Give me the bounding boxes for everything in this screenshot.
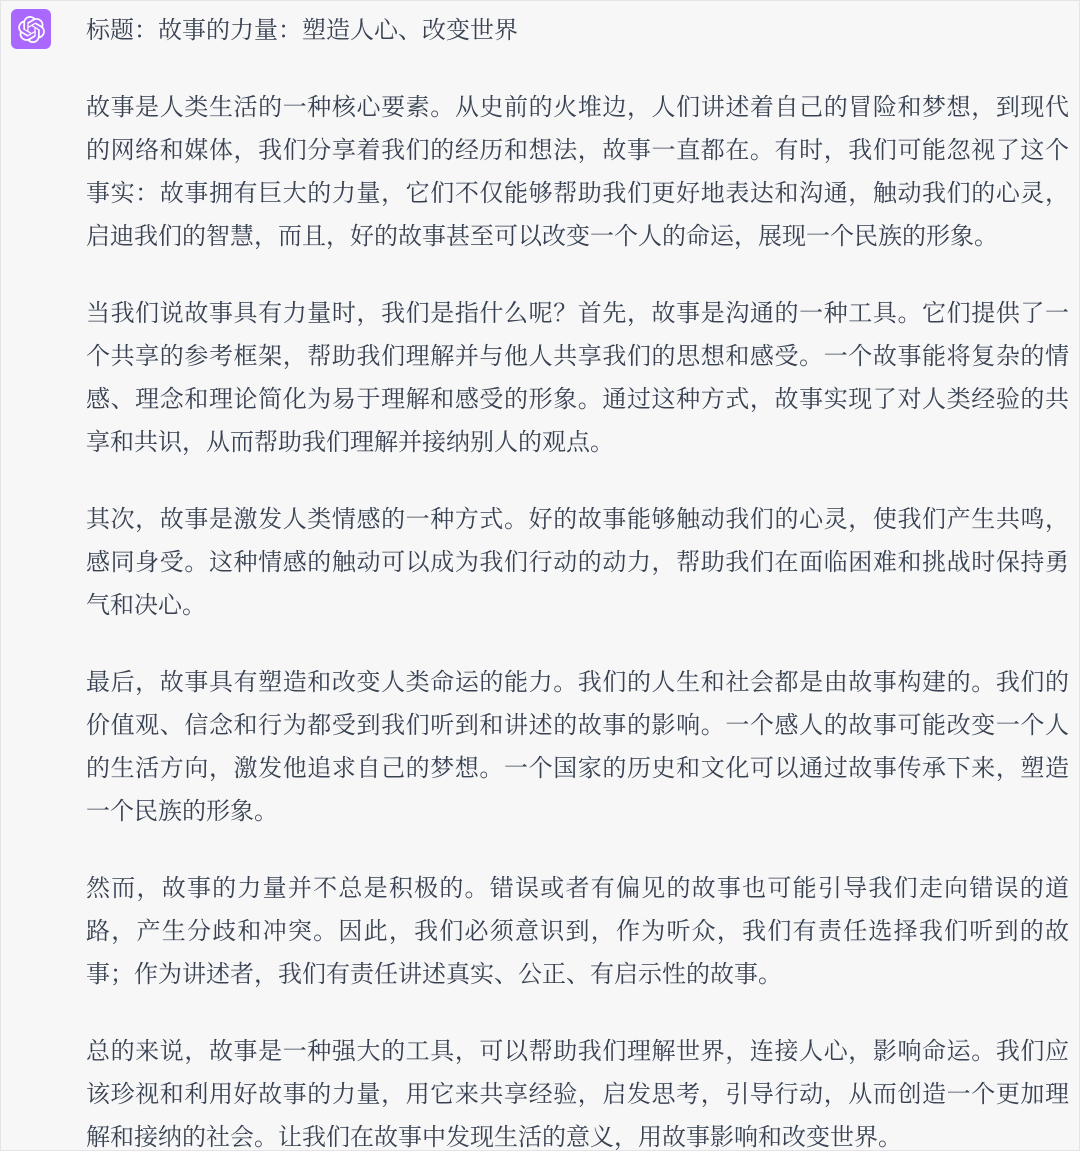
message-content: 标题：故事的力量：塑造人心、改变世界 故事是人类生活的一种核心要素。从史前的火堆… (86, 9, 1069, 1151)
message-paragraph: 故事是人类生活的一种核心要素。从史前的火堆边，人们讲述着自己的冒险和梦想，到现代… (86, 86, 1069, 258)
message-paragraph: 当我们说故事具有力量时，我们是指什么呢？首先，故事是沟通的一种工具。它们提供了一… (86, 292, 1069, 464)
message-paragraph: 然而，故事的力量并不总是积极的。错误或者有偏见的故事也可能引导我们走向错误的道路… (86, 867, 1069, 996)
message-paragraph: 其次，故事是激发人类情感的一种方式。好的故事能够触动我们的心灵，使我们产生共鸣，… (86, 498, 1069, 627)
message-title: 标题：故事的力量：塑造人心、改变世界 (86, 9, 1069, 52)
message-paragraph: 最后，故事具有塑造和改变人类命运的能力。我们的人生和社会都是由故事构建的。我们的… (86, 661, 1069, 833)
message-paragraph: 总的来说，故事是一种强大的工具，可以帮助我们理解世界，连接人心，影响命运。我们应… (86, 1030, 1069, 1151)
openai-logo-icon (18, 16, 45, 43)
assistant-message: 标题：故事的力量：塑造人心、改变世界 故事是人类生活的一种核心要素。从史前的火堆… (1, 1, 1079, 1151)
assistant-avatar (11, 9, 51, 49)
